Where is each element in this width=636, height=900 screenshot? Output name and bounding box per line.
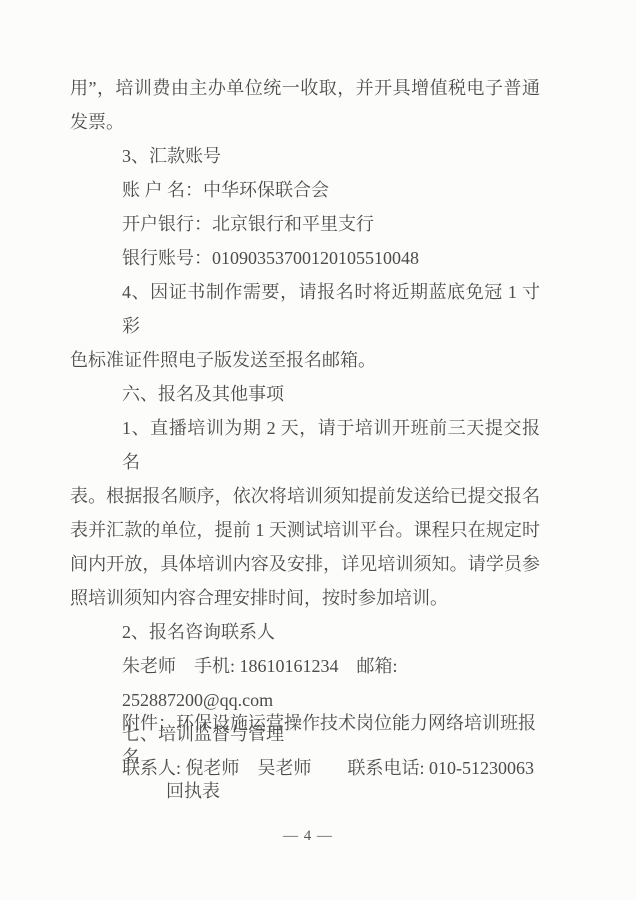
document-body: 用”，培训费由主办单位统一收取，并开具增值税电子普通发票。3、汇款账号账 户 名… [70, 71, 540, 785]
page-number: — 4 — [0, 828, 616, 845]
document-line: 色标准证件照电子版发送至报名邮箱。 [70, 343, 540, 377]
document-line: 开户银行：北京银行和平里支行 [70, 207, 540, 241]
document-line: 六、报名及其他事项 [70, 377, 540, 411]
document-line: 用”，培训费由主办单位统一收取，并开具增值税电子普通 [70, 71, 540, 105]
document-line: 银行账号：01090353700120105510048 [70, 241, 540, 275]
document-line: 3、汇款账号 [70, 139, 540, 173]
document-line: 账 户 名：中华环保联合会 [70, 173, 540, 207]
attachment-block: 附件：环保设施运营操作技术岗位能力网络培训班报名 回执表 [70, 706, 540, 808]
document-line: 表。根据报名顺序，依次将培训须知提前发送给已提交报名 [70, 479, 540, 513]
document-line: 1、直播培训为期 2 天，请于培训开班前三天提交报名 [70, 411, 540, 479]
attachment-line-2: 回执表 [70, 774, 540, 808]
document-page: 用”，培训费由主办单位统一收取，并开具增值税电子普通发票。3、汇款账号账 户 名… [0, 0, 636, 900]
document-line: 4、因证书制作需要，请报名时将近期蓝底免冠 1 寸彩 [70, 275, 540, 343]
document-line: 2、报名咨询联系人 [70, 615, 540, 649]
document-line: 照培训须知内容合理安排时间，按时参加培训。 [70, 581, 540, 615]
document-line: 间内开放，具体培训内容及安排，详见培训须知。请学员参 [70, 547, 540, 581]
document-line: 发票。 [70, 105, 540, 139]
document-line: 表并汇款的单位，提前 1 天测试培训平台。课程只在规定时 [70, 513, 540, 547]
attachment-line-1: 附件：环保设施运营操作技术岗位能力网络培训班报名 [70, 706, 540, 774]
